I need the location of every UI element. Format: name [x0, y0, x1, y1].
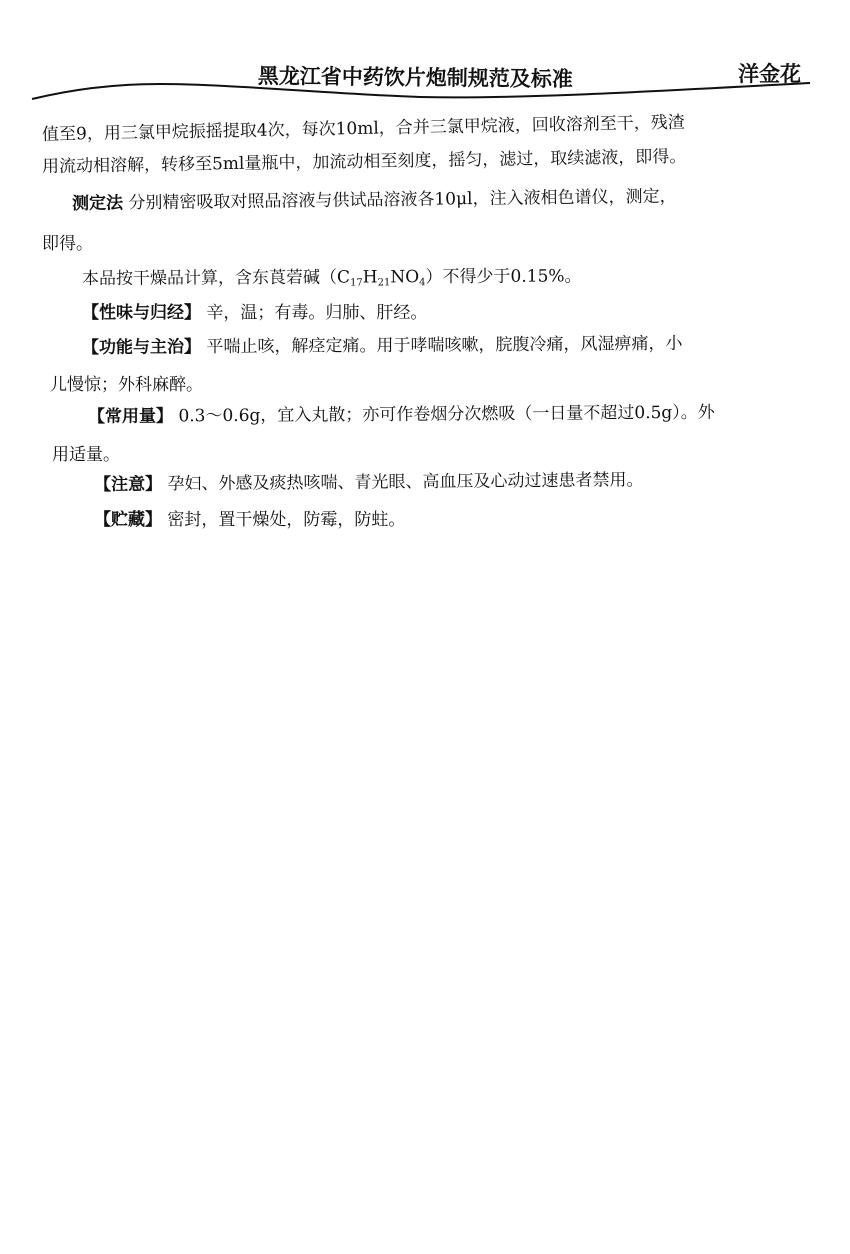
line-text: 分别精密吸取对照品溶液与供试品溶液各10μl，注入液相色谱仪，测定， [123, 187, 677, 214]
line-text: 辛，温；有毒。归肺、肝经。 [201, 303, 427, 323]
section-label-measurement: 测定法 [72, 193, 123, 214]
paragraph-line: 儿慢惊；外科麻醉。 [50, 370, 203, 395]
line-text: 孕妇、外感及痰热咳喘、青光眼、高血压及心动过速患者禁用。 [162, 470, 644, 494]
line-text: 儿慢惊；外科麻醉。 [50, 375, 203, 395]
line-text: 用流动相溶解，转移至5ml量瓶中，加流动相至刻度，摇匀，滤过，取续滤液，即得。 [42, 147, 687, 177]
section-label-properties: 【性味与归经】 [82, 303, 201, 323]
line-text: 用适量。 [52, 445, 120, 465]
section-label-functions: 【功能与主治】 [82, 337, 201, 358]
line-text: 平喘止咳，解痉定痛。用于哮喘咳嗽，脘腹冷痛，风湿痹痛，小 [201, 334, 683, 357]
paragraph-properties: 【性味与归经】 辛，温；有毒。归肺、肝经。 [82, 298, 427, 323]
section-label-dosage: 【常用量】 [88, 406, 173, 427]
line-text: 本品按干燥品计算，含东莨菪碱（C [82, 268, 350, 289]
subscript: 21 [378, 277, 391, 288]
paragraph-line: 用流动相溶解，转移至5ml量瓶中，加流动相至刻度，摇匀，滤过，取续滤液，即得。 [42, 142, 687, 177]
paragraph-measurement: 测定法 分别精密吸取对照品溶液与供试品溶液各10μl，注入液相色谱仪，测定， [72, 182, 677, 214]
paragraph-functions: 【功能与主治】 平喘止咳，解痉定痛。用于哮喘咳嗽，脘腹冷痛，风湿痹痛，小 [82, 329, 683, 358]
paragraph-line: 即得。 [42, 229, 93, 254]
paragraph-line: 用适量。 [52, 440, 120, 465]
header-rule-line [0, 0, 850, 120]
section-label-cautions: 【注意】 [94, 474, 162, 495]
line-text: 值至9，用三氯甲烷振摇提取4次，每次10ml，合并三氯甲烷液，回收溶剂至干，残渣 [42, 113, 685, 145]
paragraph-cautions: 【注意】 孕妇、外感及痰热咳喘、青光眼、高血压及心动过速患者禁用。 [94, 465, 644, 495]
paragraph-content: 本品按干燥品计算，含东莨菪碱（C17H21NO4）不得少于0.15%。 [82, 261, 582, 290]
paragraph-storage: 【贮藏】 密封，置干燥处，防霉，防蛀。 [94, 505, 405, 530]
line-text: ）不得少于0.15%。 [425, 266, 581, 287]
line-text: NO [390, 267, 419, 287]
line-text: 即得。 [42, 234, 93, 254]
section-label-storage: 【贮藏】 [94, 510, 162, 530]
paragraph-dosage: 【常用量】 0.3～0.6g，宜入丸散；亦可作卷烟分次燃吸（一日量不超过0.5g… [88, 398, 715, 427]
line-text: 密封，置干燥处，防霉，防蛀。 [162, 510, 405, 530]
subscript: 17 [350, 278, 363, 289]
line-text: 0.3～0.6g，宜入丸散；亦可作卷烟分次燃吸（一日量不超过0.5g）。外 [173, 403, 715, 427]
line-text: H [363, 267, 378, 287]
